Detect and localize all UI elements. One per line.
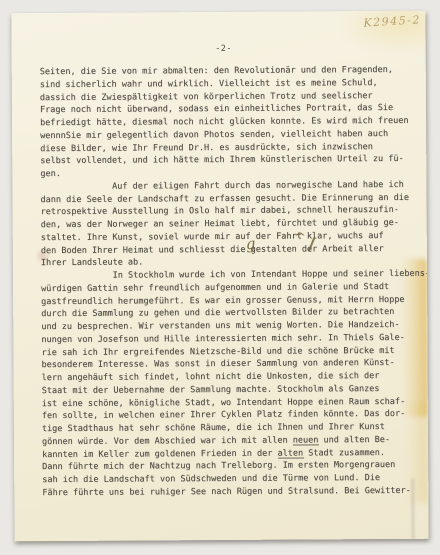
typewritten-text: Seiten, die Sie von mir abmalten: den Re… <box>40 64 418 500</box>
text-line: selbst vollendet, und ich hätte mich Ihr… <box>40 153 415 168</box>
underline-mark-neuen <box>293 444 319 445</box>
archive-annotation: K2945-2 <box>363 11 428 30</box>
text-line: den Boden Ihrer Heimat und schliesst die… <box>41 242 416 257</box>
text-line: Fähre führte uns bei ruhiger See nach Rü… <box>42 485 417 500</box>
scan-background: K2945-2 -2- Seiten, die Sie von mir abma… <box>0 0 440 555</box>
underline-mark-alten <box>278 457 304 458</box>
handwritten-insertion-caret: ^ <box>295 230 306 243</box>
handwritten-g-correction: g <box>245 234 257 253</box>
letter-page: K2945-2 -2- Seiten, die Sie von mir abma… <box>11 11 428 542</box>
page-number: -2- <box>40 43 408 55</box>
